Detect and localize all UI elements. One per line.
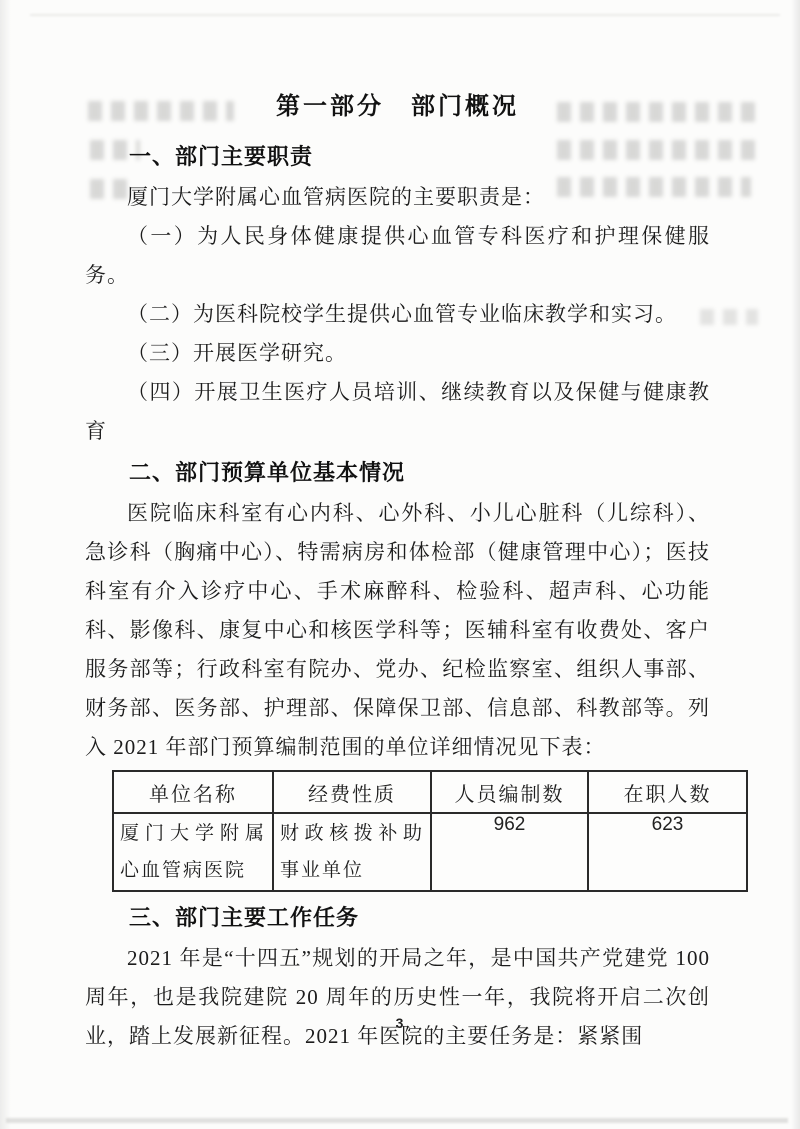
section-heading-duties: 一、部门主要职责 [85, 137, 710, 176]
column-header-staff-active: 在职人数 [588, 771, 747, 813]
paragraph: 2021 年是“十四五”规划的开局之年，是中国共产党建党 100 周年，也是我院… [85, 939, 710, 1056]
cell-staff-active: 623 [588, 813, 747, 891]
column-header-unit-name: 单位名称 [113, 771, 273, 813]
column-header-staff-quota: 人员编制数 [431, 771, 588, 813]
paragraph: （四）开展卫生医疗人员培训、继续教育以及保健与健康教育 [85, 373, 710, 451]
paragraph: 医院临床科室有心内科、心外科、小儿心脏科（儿综科）、急诊科（胸痛中心）、特需病房… [85, 494, 710, 767]
cell-staff-quota: 962 [431, 813, 588, 891]
paragraph: （一）为人民身体健康提供心血管专科医疗和护理保健服务。 [85, 217, 710, 295]
budget-units-table: 单位名称 经费性质 人员编制数 在职人数 厦门大学附属心血管病医院 财政核拨补助… [112, 770, 748, 892]
part-title: 第一部分 部门概况 [85, 86, 710, 121]
scan-edge-top [30, 14, 780, 16]
scan-edge-right [791, 0, 800, 1129]
paragraph: （三）开展医学研究。 [85, 334, 710, 373]
cell-unit-name: 厦门大学附属心血管病医院 [113, 813, 273, 891]
column-header-fund-type: 经费性质 [273, 771, 431, 813]
paragraph: （二）为医科院校学生提供心血管专业临床教学和实习。 [85, 295, 710, 334]
cell-fund-type: 财政核拨补助事业单位 [273, 813, 431, 891]
table-row: 厦门大学附属心血管病医院 财政核拨补助事业单位 962 623 [113, 813, 747, 891]
page-number: 3 [0, 1015, 800, 1031]
scan-edge-left [0, 0, 11, 1129]
paragraph: 厦门大学附属心血管病医院的主要职责是： [85, 178, 710, 217]
section-heading-tasks: 三、部门主要工作任务 [85, 898, 710, 937]
table-header-row: 单位名称 经费性质 人员编制数 在职人数 [113, 771, 747, 813]
scan-edge-bottom [6, 1118, 788, 1123]
document-content: 第一部分 部门概况 一、部门主要职责 厦门大学附属心血管病医院的主要职责是： （… [85, 86, 710, 1056]
section-heading-budget-units: 二、部门预算单位基本情况 [85, 453, 710, 492]
scanned-document-page: 第一部分 部门概况 一、部门主要职责 厦门大学附属心血管病医院的主要职责是： （… [0, 0, 800, 1129]
